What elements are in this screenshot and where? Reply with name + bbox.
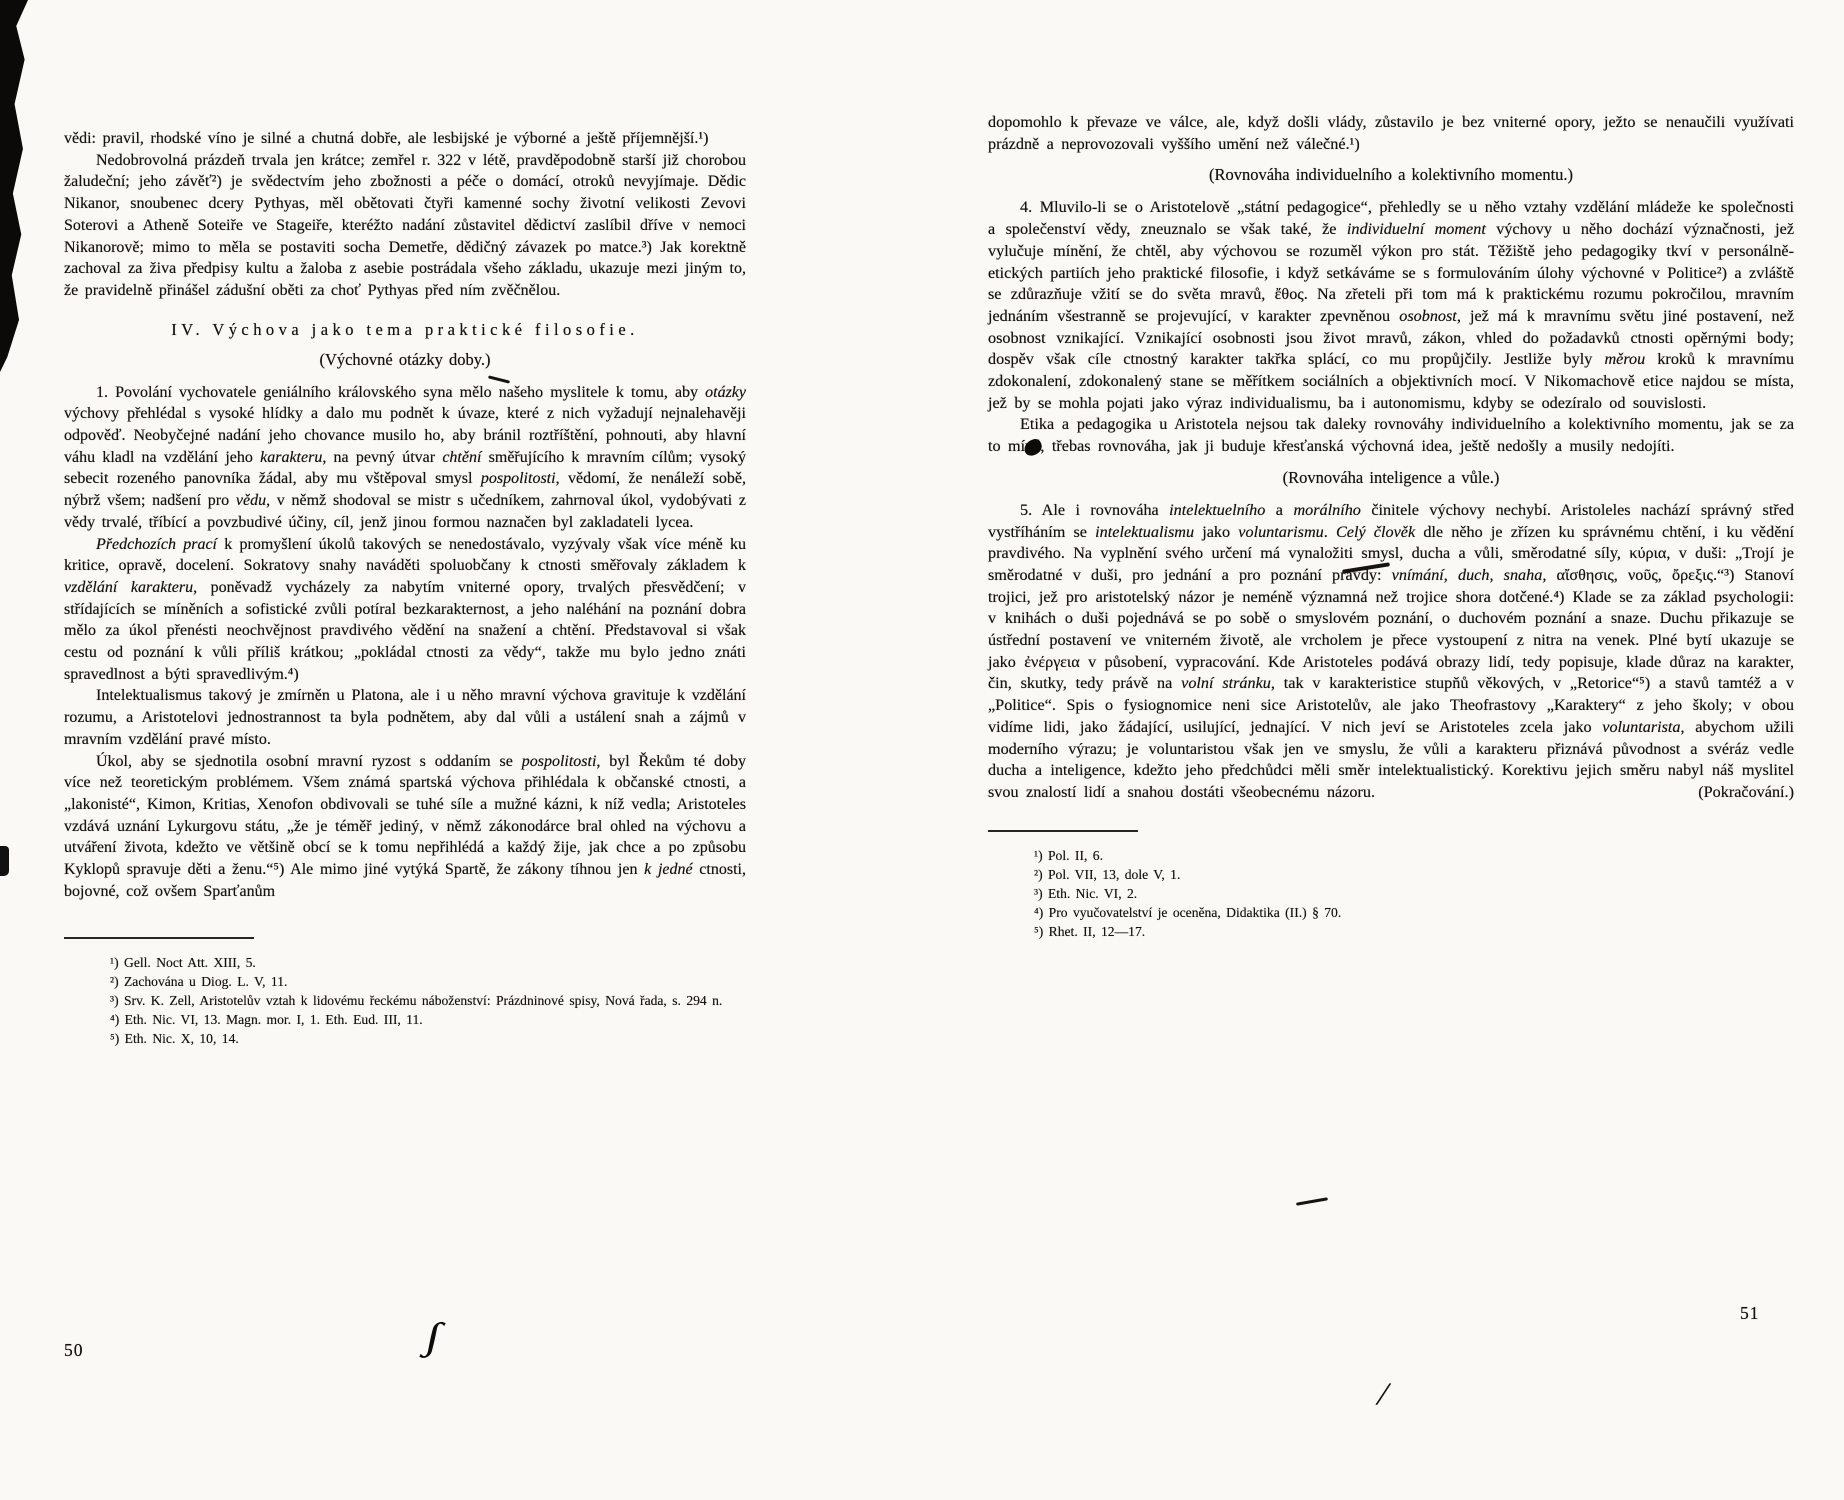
footnote: ²) Pol. VII, 13, dole V, 1. [988, 865, 1794, 884]
footnote: ⁴) Eth. Nic. VI, 13. Magn. mor. I, 1. Et… [64, 1010, 746, 1029]
footnote: ⁴) Pro vyučovatelství je oceněna, Didakt… [988, 903, 1794, 922]
footnote-divider [988, 830, 1138, 832]
paragraph: 1. Povolání vychovatele geniálního králo… [64, 382, 746, 534]
ink-blot-artifact: ∫ [422, 1311, 445, 1360]
right-page-text-column: dopomohlo k převaze ve válce, ale, když … [988, 112, 1794, 941]
pen-dash-artifact [1296, 1197, 1328, 1206]
paragraph: Etika a pedagogika u Aristotela nejsou t… [988, 414, 1794, 457]
sub-heading: (Výchovné otázky doby.) [64, 350, 746, 370]
footnote: ⁵) Rhet. II, 12—17. [988, 922, 1794, 941]
scan-edge-artifact [0, 0, 28, 372]
sub-heading: (Rovnováha inteligence a vůle.) [988, 468, 1794, 488]
footnote: ⁵) Eth. Nic. X, 10, 14. [64, 1029, 746, 1048]
page-number-right: 51 [1740, 1303, 1760, 1324]
paragraph: 5. Ale i rovnováha intelektuelního a mor… [988, 500, 1794, 804]
continuation-note: (Pokračování.) [1666, 782, 1794, 804]
left-page-text-column: vědi: pravil, rhodské víno je silné a ch… [64, 128, 746, 1048]
paragraph: Nedobrovolná prázdeň trvala jen krátce; … [64, 150, 746, 302]
page-number-left: 50 [64, 1340, 84, 1361]
paragraph: Intelektualismus takový je zmírněn u Pla… [64, 685, 746, 750]
pen-mark-artifact: / [1376, 1376, 1389, 1415]
footnote: ²) Zachována u Diog. L. V, 11. [64, 972, 746, 991]
footnote: ³) Srv. K. Zell, Aristotelův vztah k lid… [64, 991, 746, 1010]
paragraph: 4. Mluvilo-li se o Aristotelově „státní … [988, 197, 1794, 414]
paragraph: dopomohlo k převaze ve válce, ale, když … [988, 112, 1794, 155]
footnote-divider [64, 937, 254, 939]
scan-edge-artifact [0, 846, 9, 876]
footnote: ³) Eth. Nic. VI, 2. [988, 884, 1794, 903]
paragraph: vědi: pravil, rhodské víno je silné a ch… [64, 128, 746, 150]
section-heading: IV. Výchova jako tema praktické filosofi… [64, 320, 746, 340]
sub-heading: (Rovnováha individuelního a kolektivního… [988, 165, 1794, 185]
footnote: ¹) Pol. II, 6. [988, 846, 1794, 865]
footnote: ¹) Gell. Noct Att. XIII, 5. [64, 953, 746, 972]
paragraph: Předchozích prací k promyšlení úkolů tak… [64, 534, 746, 686]
paragraph: Úkol, aby se sjednotila osobní mravní ry… [64, 751, 746, 903]
